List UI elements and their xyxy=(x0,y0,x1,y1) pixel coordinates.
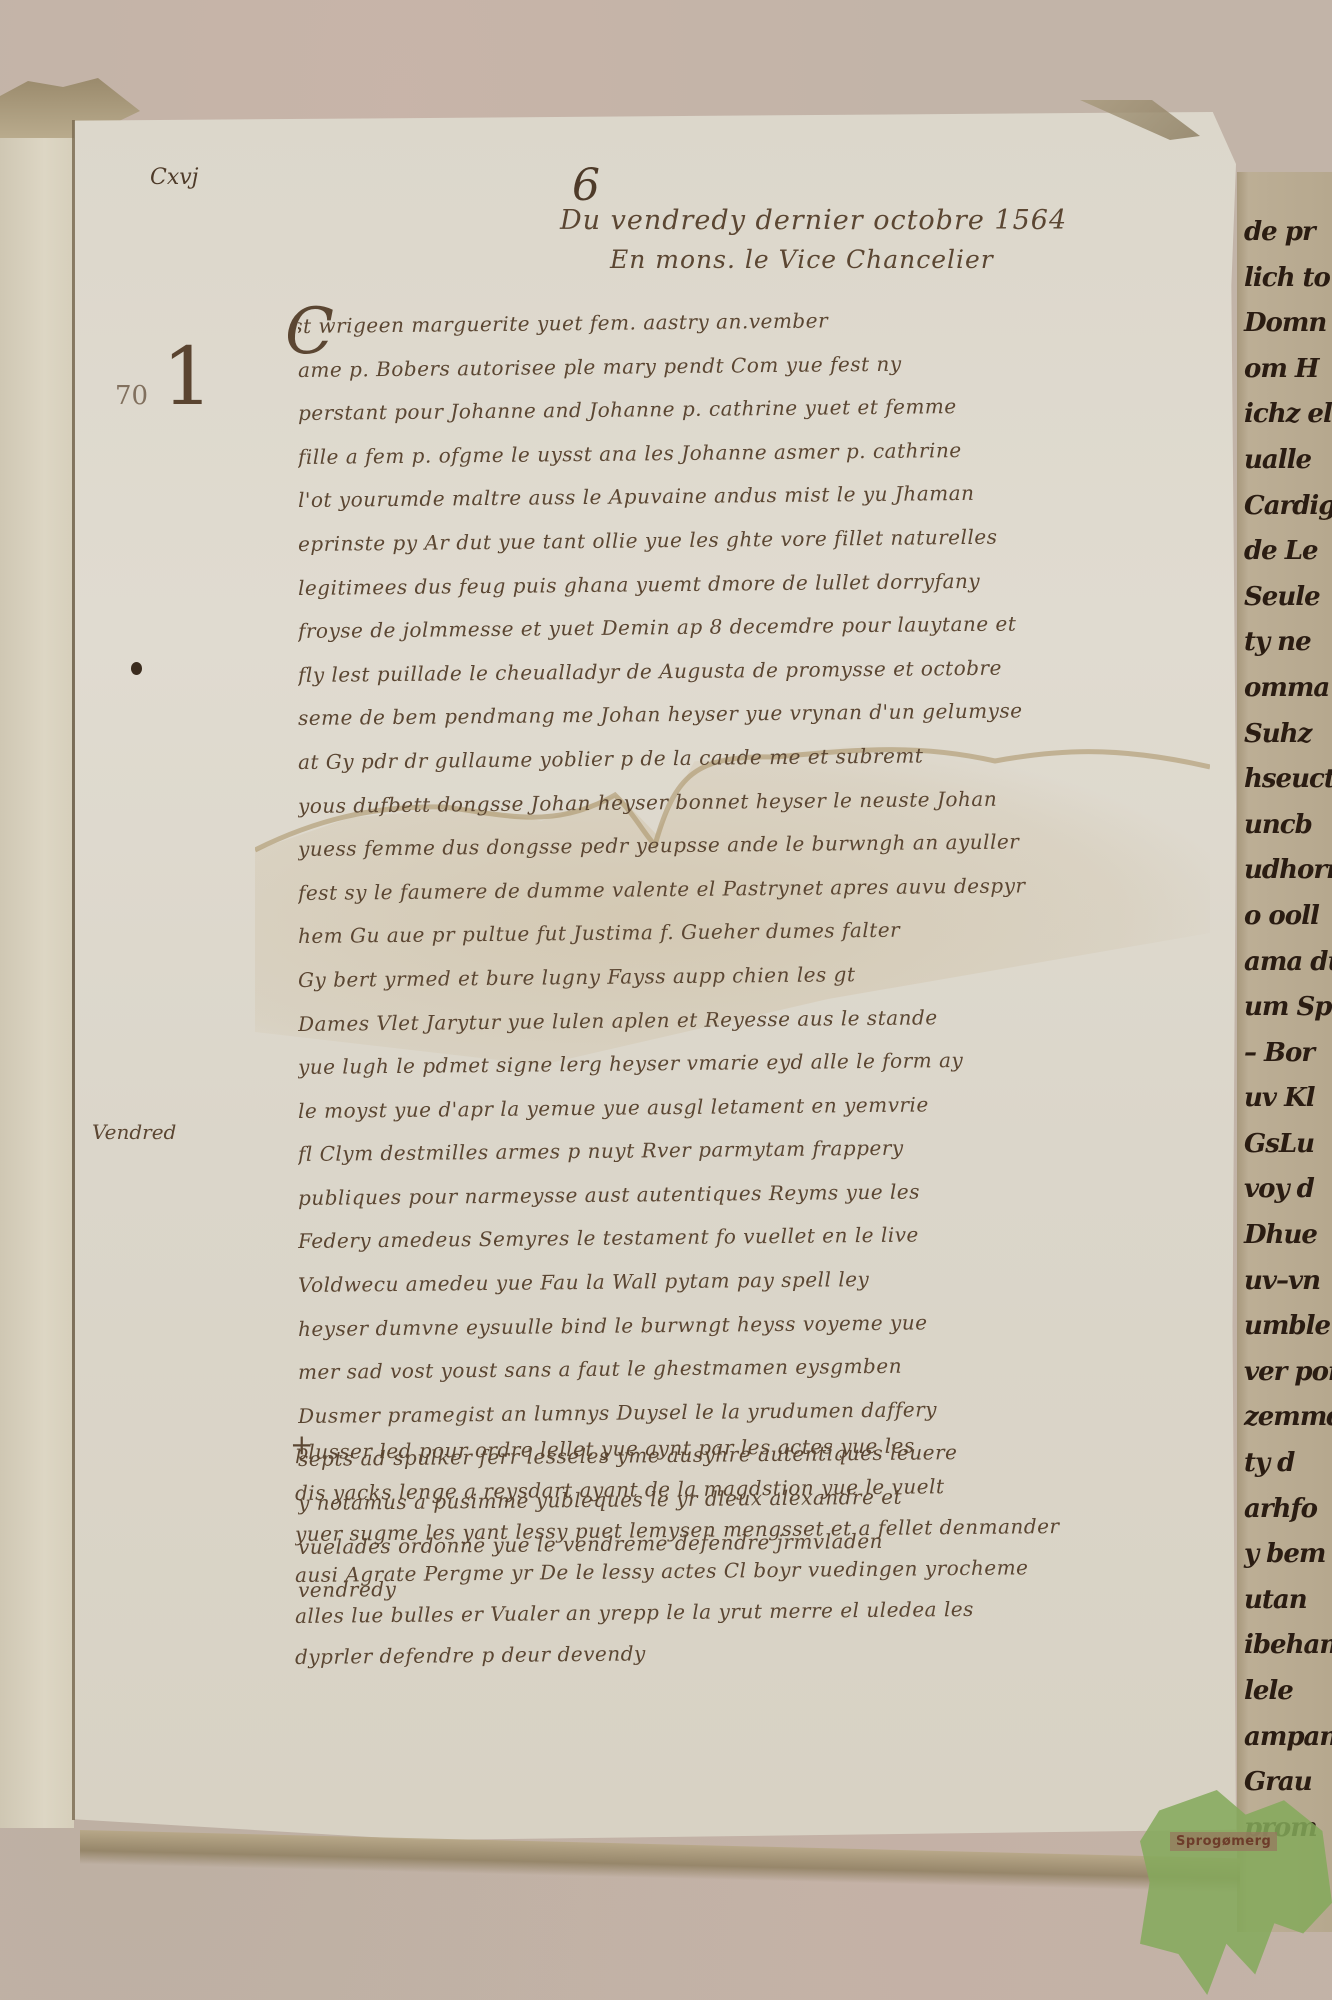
text-line: umble xyxy=(1244,1304,1332,1350)
text-line: omma xyxy=(1244,666,1332,712)
text-line: ichz ell xyxy=(1244,392,1332,438)
text-line: GsLu xyxy=(1244,1122,1332,1168)
text-line: Suhz xyxy=(1244,712,1332,758)
margin-number-value: 1 xyxy=(162,330,213,423)
text-line: Domn xyxy=(1244,301,1332,347)
text-line: arhfo xyxy=(1244,1487,1332,1533)
text-line: uv Kl xyxy=(1244,1076,1332,1122)
text-line: uncb xyxy=(1244,803,1332,849)
text-line: ver port xyxy=(1244,1350,1332,1396)
heading-date-line: Du vendredy dernier octobre 1564 xyxy=(560,205,1067,236)
text-line: dyprler defendre p deur devendy xyxy=(295,1627,1235,1678)
text-line: y bem xyxy=(1244,1532,1332,1578)
text-line: utan xyxy=(1244,1578,1332,1624)
text-line: Seule xyxy=(1244,575,1332,621)
text-line: ampan xyxy=(1244,1715,1332,1761)
watermark-logo: Sprogømerg xyxy=(1140,1790,1332,1995)
text-line: zemmd xyxy=(1244,1395,1332,1441)
text-line: ibehamn xyxy=(1244,1623,1332,1669)
text-line: ty d xyxy=(1244,1441,1332,1487)
leaf-icon xyxy=(1140,1790,1332,1995)
text-line: uv–vn xyxy=(1244,1259,1332,1305)
text-line: Cardig xyxy=(1244,484,1332,530)
right-page-text: de prlich toDomnom Hichz ellualleCardigd… xyxy=(1244,210,1332,1851)
text-line: de pr xyxy=(1244,210,1332,256)
text-line: om H xyxy=(1244,347,1332,393)
text-line: um Sp xyxy=(1244,985,1332,1031)
margin-number-prefix: 70 xyxy=(115,381,148,411)
folio-mark: Cxvj xyxy=(150,165,199,190)
text-line: lele xyxy=(1244,1669,1332,1715)
text-line: o ooll xyxy=(1244,894,1332,940)
text-line: hseuctz xyxy=(1244,757,1332,803)
margin-note: Vendred xyxy=(92,1120,176,1144)
watermark-label: Sprogømerg xyxy=(1170,1832,1277,1851)
text-line: de Le xyxy=(1244,529,1332,575)
text-line: – Bor xyxy=(1244,1031,1332,1077)
gutter-line xyxy=(72,120,75,1820)
text-line: Dhue xyxy=(1244,1213,1332,1259)
text-line: ualle xyxy=(1244,438,1332,484)
left-page-edge xyxy=(0,118,74,1828)
entry-number: 6 xyxy=(572,160,600,211)
text-line: lich to xyxy=(1244,256,1332,302)
text-line: ty ne xyxy=(1244,620,1332,666)
text-line: ama du xyxy=(1244,940,1332,986)
text-line: voy d xyxy=(1244,1167,1332,1213)
main-text-block: est wrigeen marguerite yuet fem. aastry … xyxy=(298,305,1238,1613)
text-line: udhorn xyxy=(1244,848,1332,894)
heading-subline: En mons. le Vice Chancelier xyxy=(610,245,994,274)
margin-entry-number: 701 xyxy=(115,330,213,423)
ink-blot xyxy=(131,662,142,675)
second-paragraph: plusser led pour ordre lellet yue aynt p… xyxy=(295,1432,1235,1678)
